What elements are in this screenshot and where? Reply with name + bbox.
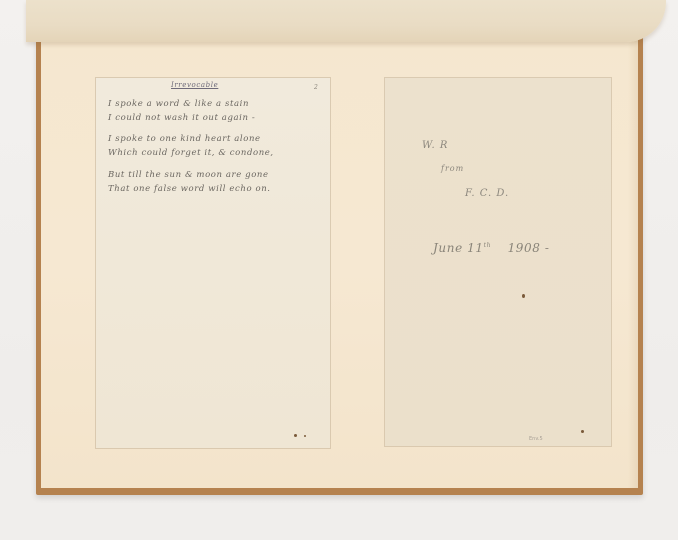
- date-suffix: th: [484, 242, 491, 249]
- poem-line: I could not wash it out again -: [108, 113, 255, 123]
- poem-line: Which could forget it, & condone,: [108, 148, 274, 158]
- inscription-recipient: W. R: [422, 140, 448, 151]
- date-day: June 11: [433, 241, 484, 255]
- foxing-spot: [522, 294, 525, 298]
- poem-line: I spoke to one kind heart alone: [108, 134, 261, 144]
- date-year: 1908 -: [508, 241, 550, 255]
- poem-line: I spoke a word & like a stain: [108, 99, 249, 109]
- poem-line: That one false word will echo on.: [108, 184, 271, 194]
- inscription-sender: F. C. D.: [465, 188, 509, 199]
- inscription-from: from: [441, 164, 464, 173]
- page-number: 2: [314, 84, 318, 91]
- foxing-spot: [294, 434, 297, 437]
- inscription-sheet: W. R from F. C. D. June 11th 1908 - Env.…: [385, 78, 611, 446]
- foxing-spot: [304, 435, 306, 437]
- archive-stamp: Env.5: [529, 436, 543, 442]
- inscription-date: June 11th 1908 -: [433, 241, 550, 255]
- poem-title: Irrevocable: [171, 81, 218, 89]
- poem-sheet: Irrevocable 2 I spoke a word & like a st…: [96, 78, 330, 448]
- foxing-spot: [581, 430, 584, 433]
- poem-line: But till the sun & moon are gone: [108, 170, 269, 180]
- turned-leaf: [26, 0, 666, 42]
- page-shadow: [628, 33, 638, 488]
